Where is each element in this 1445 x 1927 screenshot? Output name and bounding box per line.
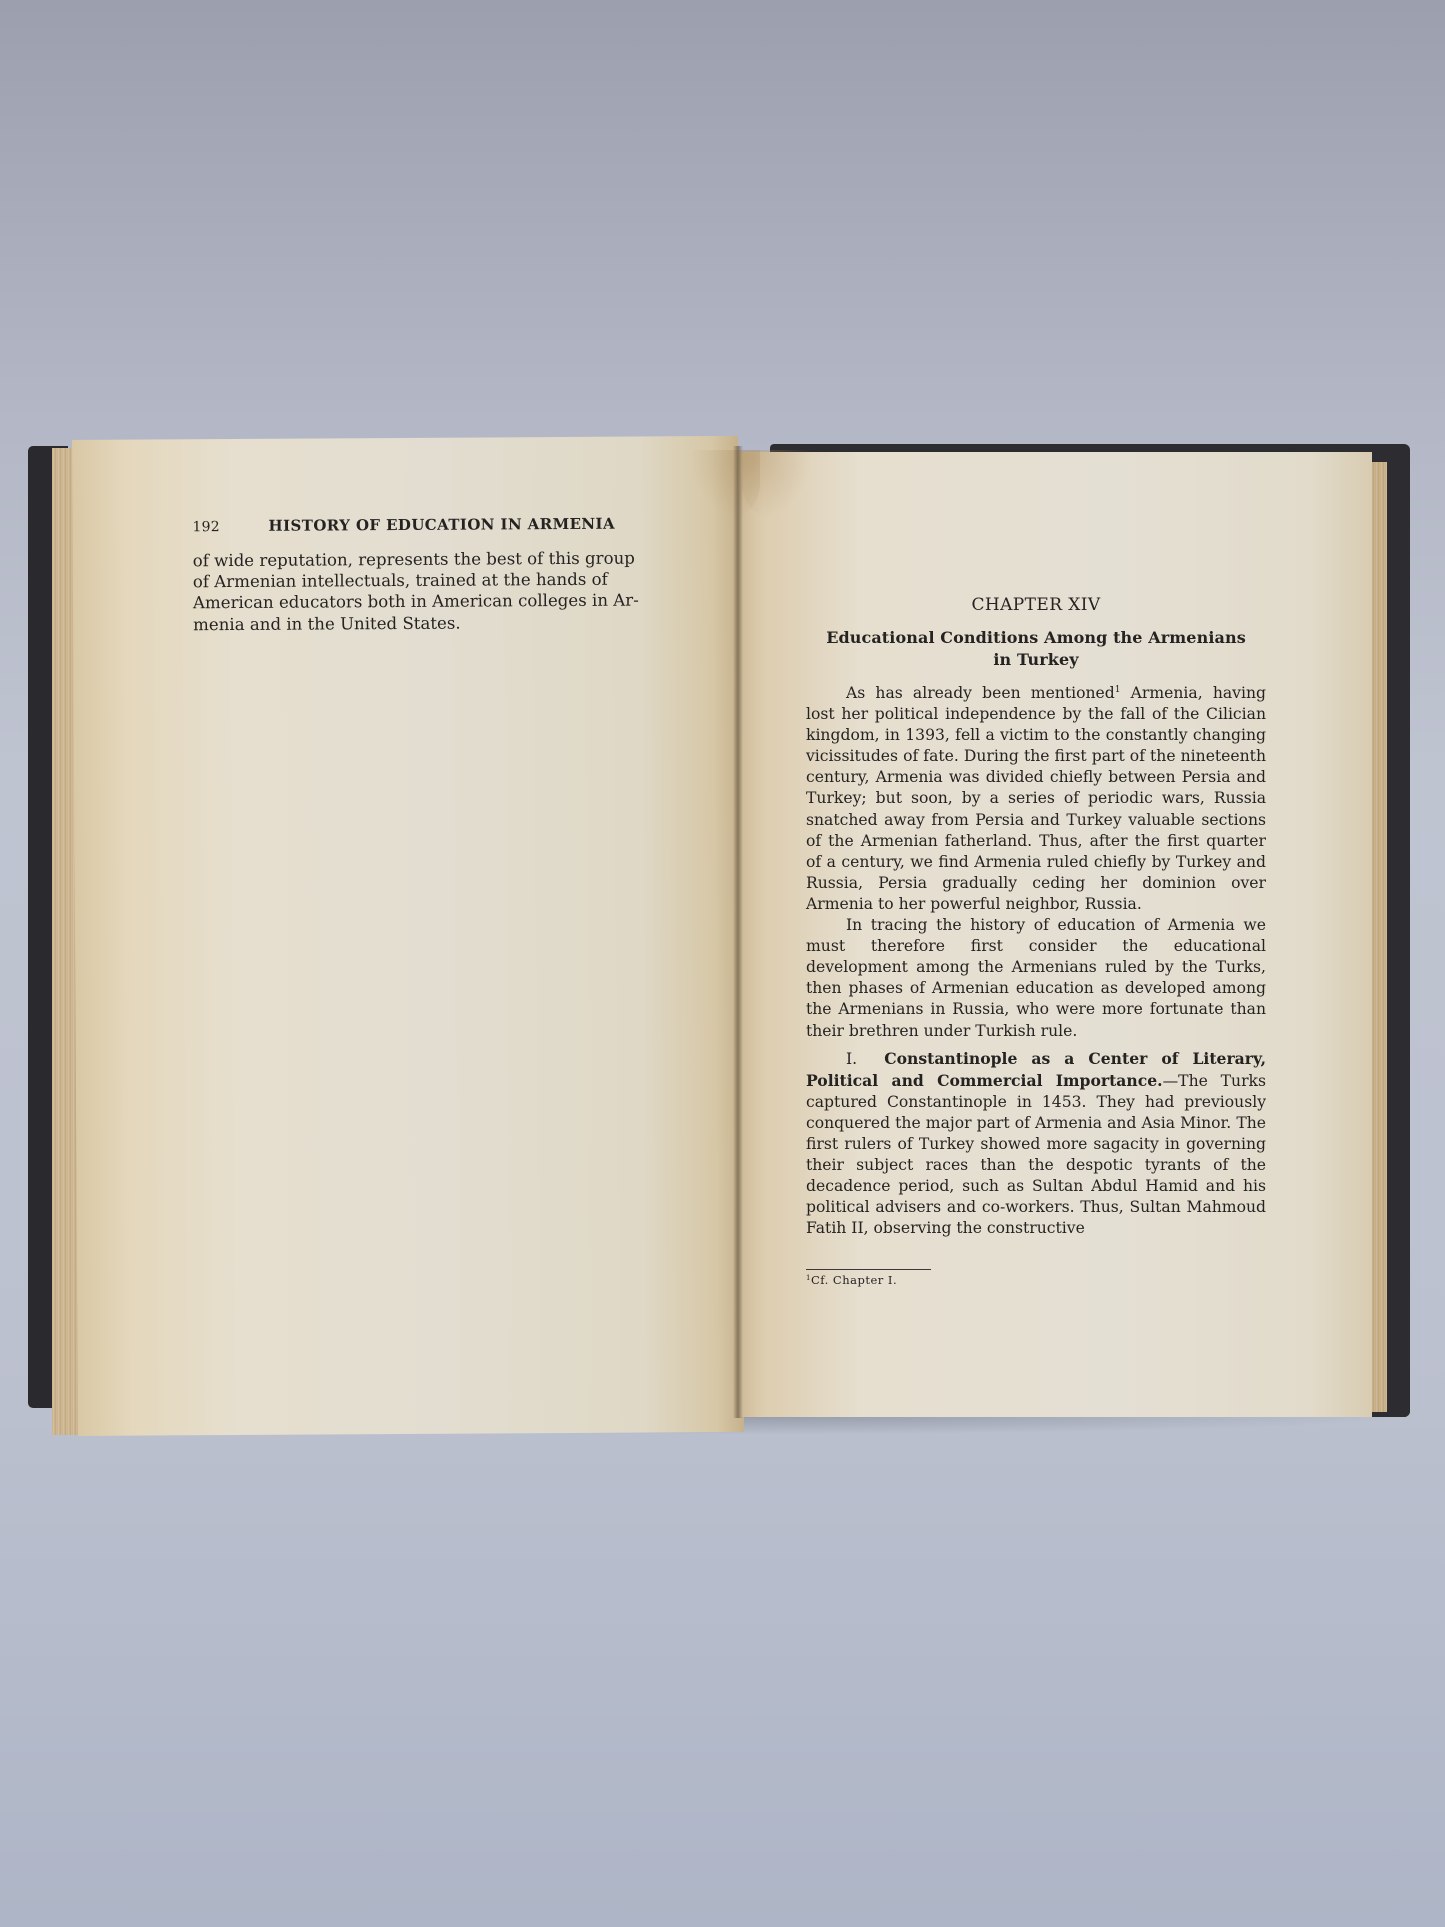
section-number: I.	[846, 1050, 857, 1068]
body-line: of Armenian intellectuals, trained at th…	[193, 569, 672, 593]
paragraph-text: As has already been mentioned	[846, 684, 1115, 702]
chapter-number: CHAPTER XIV	[806, 595, 1266, 615]
left-page-body: of wide reputation, represents the best …	[193, 547, 673, 635]
chapter-title-line: in Turkey	[806, 649, 1266, 671]
section-constantinople: I. Constantinople as a Center of Literar…	[806, 1048, 1266, 1240]
footnote-text: Cf. Chapter I.	[811, 1273, 897, 1287]
right-page: CHAPTER XIV Educational Conditions Among…	[738, 452, 1372, 1417]
paragraph-intro: As has already been mentioned1 Armenia, …	[806, 680, 1266, 915]
page-fold-stain-right	[742, 450, 812, 520]
body-line: American educators both in American coll…	[193, 590, 672, 614]
paragraph-tracing: In tracing the history of education of A…	[806, 915, 1266, 1042]
body-line: menia and in the United States.	[193, 611, 672, 635]
section-text: —The Turks captured Constantinople in 14…	[806, 1072, 1266, 1238]
page-number: 192	[192, 519, 268, 535]
chapter-title-line: Educational Conditions Among the Armenia…	[806, 627, 1266, 649]
running-head-title: HISTORY OF EDUCATION IN ARMENIA	[268, 515, 615, 535]
footnote-divider	[806, 1269, 931, 1270]
running-head: 192 HISTORY OF EDUCATION IN ARMENIA	[192, 514, 672, 535]
body-line: of wide reputation, represents the best …	[193, 547, 672, 571]
paragraph-text: Armenia, having lost her political indep…	[806, 684, 1266, 913]
right-page-body: As has already been mentioned1 Armenia, …	[806, 680, 1266, 1239]
chapter-title: Educational Conditions Among the Armenia…	[806, 627, 1266, 671]
footnote: 1Cf. Chapter I.	[806, 1273, 897, 1287]
book-gutter	[733, 446, 743, 1418]
left-page: 192 HISTORY OF EDUCATION IN ARMENIA of w…	[72, 436, 744, 1436]
